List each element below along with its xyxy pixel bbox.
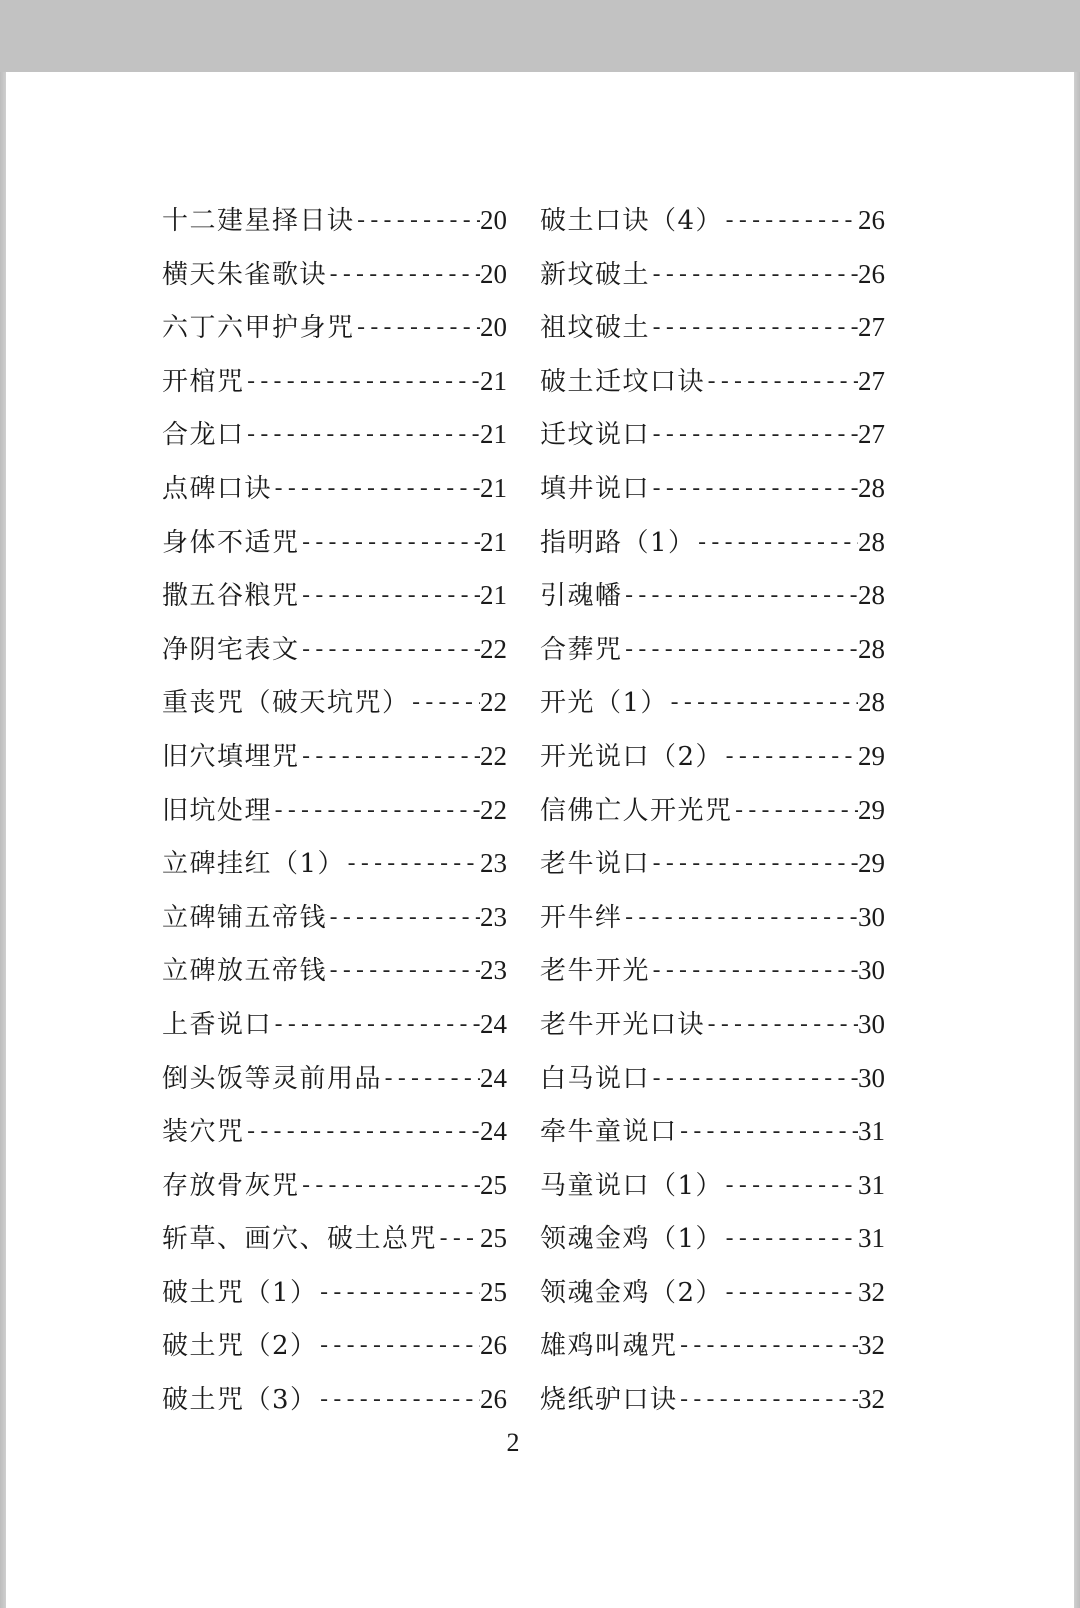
toc-entry[interactable]: 领魂金鸡（2）32 xyxy=(540,1272,885,1326)
toc-entry-page: 20 xyxy=(480,307,507,347)
toc-dash-leader xyxy=(300,738,480,778)
toc-dash-leader xyxy=(668,684,858,724)
toc-entry-title: 装穴咒 xyxy=(162,1112,245,1152)
toc-entry[interactable]: 立碑挂红（1）23 xyxy=(162,843,507,897)
toc-entry-title: 信佛亡人开光咒 xyxy=(540,791,733,831)
toc-entry-title: 破土咒（1） xyxy=(162,1273,318,1313)
toc-entry-title: 开光（1） xyxy=(540,683,668,723)
toc-entry[interactable]: 雄鸡叫魂咒32 xyxy=(540,1325,885,1379)
toc-entry-title: 新坟破土 xyxy=(540,255,650,295)
toc-entry-title: 身体不适咒 xyxy=(162,523,300,563)
toc-dash-leader xyxy=(650,309,858,349)
toc-dash-leader xyxy=(650,952,858,992)
toc-entry[interactable]: 旧坑处理22 xyxy=(162,790,507,844)
toc-entry[interactable]: 迁坟说口27 xyxy=(540,414,885,468)
toc-entry-page: 25 xyxy=(480,1165,507,1205)
toc-entry-title: 引魂幡 xyxy=(540,576,623,616)
toc-dash-leader xyxy=(678,1327,858,1367)
toc-entry[interactable]: 填井说口28 xyxy=(540,468,885,522)
toc-entry-title: 净阴宅表文 xyxy=(162,630,300,670)
toc-entry[interactable]: 净阴宅表文22 xyxy=(162,629,507,683)
toc-entry-title: 开棺咒 xyxy=(162,362,245,402)
toc-entry-title: 马童说口（1） xyxy=(540,1166,723,1206)
toc-dash-leader xyxy=(300,577,480,617)
toc-entry-title: 斩草、画穴、破土总咒 xyxy=(162,1219,437,1259)
toc-dash-leader xyxy=(327,899,480,939)
toc-dash-leader xyxy=(705,1006,858,1046)
toc-entry-title: 白马说口 xyxy=(540,1059,650,1099)
toc-entry-title: 老牛开光 xyxy=(540,951,650,991)
toc-dash-leader xyxy=(382,1060,480,1100)
toc-entry[interactable]: 老牛说口29 xyxy=(540,843,885,897)
toc-entry-title: 旧坑处理 xyxy=(162,791,272,831)
toc-entry[interactable]: 倒头饭等灵前用品24 xyxy=(162,1058,507,1112)
toc-entry-page: 27 xyxy=(858,414,885,454)
toc-entry-title: 撒五谷粮咒 xyxy=(162,576,300,616)
toc-entry-title: 破土咒（2） xyxy=(162,1326,318,1366)
toc-dash-leader xyxy=(723,1220,858,1260)
toc-entry-title: 横天朱雀歌诀 xyxy=(162,255,327,295)
toc-dash-leader xyxy=(705,363,858,403)
toc-entry-page: 23 xyxy=(480,897,507,937)
toc-entry-page: 22 xyxy=(480,682,507,722)
toc-dash-leader xyxy=(245,1113,480,1153)
toc-dash-leader xyxy=(650,845,858,885)
toc-dash-leader xyxy=(410,684,480,724)
toc-entry[interactable]: 点碑口诀21 xyxy=(162,468,507,522)
toc-entry-page: 22 xyxy=(480,736,507,776)
toc-dash-leader xyxy=(272,1006,480,1046)
toc-entry-page: 25 xyxy=(480,1272,507,1312)
toc-entry-title: 领魂金鸡（1） xyxy=(540,1219,723,1259)
toc-entry-page: 31 xyxy=(858,1165,885,1205)
toc-entry[interactable]: 破土迁坟口诀27 xyxy=(540,361,885,415)
toc-entry-title: 破土咒（3） xyxy=(162,1380,318,1420)
toc-dash-leader xyxy=(300,631,480,671)
toc-entry-page: 28 xyxy=(858,682,885,722)
toc-entry[interactable]: 合龙口21 xyxy=(162,414,507,468)
toc-entry-title: 六丁六甲护身咒 xyxy=(162,308,355,348)
toc-entry-title: 烧纸驴口诀 xyxy=(540,1380,678,1420)
toc-entry-title: 重丧咒（破天坑咒） xyxy=(162,683,410,723)
toc-dash-leader xyxy=(623,631,858,671)
toc-entry-page: 31 xyxy=(858,1218,885,1258)
toc-entry-page: 26 xyxy=(858,254,885,294)
toc-entry-title: 指明路（1） xyxy=(540,523,696,563)
toc-dash-leader xyxy=(696,524,858,564)
toc-entry[interactable]: 破土口诀（4）26 xyxy=(540,200,885,254)
toc-entry-page: 23 xyxy=(480,843,507,883)
page-number: 2 xyxy=(0,1428,1080,1458)
toc-entry-page: 26 xyxy=(480,1325,507,1365)
toc-entry-page: 29 xyxy=(858,843,885,883)
toc-entry-title: 领魂金鸡（2） xyxy=(540,1273,723,1313)
toc-entry[interactable]: 开光（1）28 xyxy=(540,682,885,736)
toc-entry-title: 十二建星择日诀 xyxy=(162,201,355,241)
toc-entry-title: 牵牛童说口 xyxy=(540,1112,678,1152)
toc-dash-leader xyxy=(300,524,480,564)
toc-entry-page: 24 xyxy=(480,1058,507,1098)
toc-entry-page: 27 xyxy=(858,361,885,401)
toc-dash-leader xyxy=(678,1381,858,1421)
toc-entry[interactable]: 破土咒（3）26 xyxy=(162,1379,507,1433)
toc-entry-title: 存放骨灰咒 xyxy=(162,1166,300,1206)
toc-entry-page: 20 xyxy=(480,200,507,240)
toc-dash-leader xyxy=(345,845,480,885)
toc-entry[interactable]: 撒五谷粮咒21 xyxy=(162,575,507,629)
toc-entry-title: 立碑挂红（1） xyxy=(162,844,345,884)
toc-entry-page: 30 xyxy=(858,950,885,990)
toc-dash-leader xyxy=(318,1274,480,1314)
toc-entry-page: 24 xyxy=(480,1004,507,1044)
toc-entry-title: 上香说口 xyxy=(162,1005,272,1045)
toc-entry-title: 祖坟破土 xyxy=(540,308,650,348)
toc-entry-page: 21 xyxy=(480,414,507,454)
toc-dash-leader xyxy=(300,1167,480,1207)
toc-entry-title: 迁坟说口 xyxy=(540,415,650,455)
toc-dash-leader xyxy=(623,899,858,939)
toc-dash-leader xyxy=(318,1381,480,1421)
toc-entry-page: 27 xyxy=(858,307,885,347)
toc-entry-title: 旧穴填埋咒 xyxy=(162,737,300,777)
toc-entry[interactable]: 新坟破土26 xyxy=(540,254,885,308)
toc-entry[interactable]: 老牛开光30 xyxy=(540,950,885,1004)
toc-entry[interactable]: 开牛绊30 xyxy=(540,897,885,951)
toc-entry-page: 25 xyxy=(480,1218,507,1258)
toc-dash-leader xyxy=(650,470,858,510)
toc-entry-page: 22 xyxy=(480,790,507,830)
toc-entry-title: 破土口诀（4） xyxy=(540,201,723,241)
toc-dash-leader xyxy=(245,363,480,403)
toc-dash-leader xyxy=(650,416,858,456)
toc-dash-leader xyxy=(272,470,480,510)
toc-entry[interactable]: 存放骨灰咒25 xyxy=(162,1165,507,1219)
toc-entry-page: 32 xyxy=(858,1325,885,1365)
toc-entry-page: 21 xyxy=(480,468,507,508)
toc-left-column: 十二建星择日诀20横天朱雀歌诀20六丁六甲护身咒20开棺咒21合龙口21点碑口诀… xyxy=(162,200,507,1433)
toc-entry[interactable]: 立碑铺五帝钱23 xyxy=(162,897,507,951)
toc-entry-title: 老牛说口 xyxy=(540,844,650,884)
toc-dash-leader xyxy=(355,202,480,242)
toc-entry-page: 24 xyxy=(480,1111,507,1151)
toc-entry-title: 老牛开光口诀 xyxy=(540,1005,705,1045)
toc-entry[interactable]: 指明路（1）28 xyxy=(540,522,885,576)
toc-entry-page: 30 xyxy=(858,897,885,937)
toc-entry[interactable]: 十二建星择日诀20 xyxy=(162,200,507,254)
toc-entry-page: 26 xyxy=(480,1379,507,1419)
toc-dash-leader xyxy=(327,256,480,296)
toc-entry-page: 20 xyxy=(480,254,507,294)
toc-dash-leader xyxy=(723,1274,858,1314)
toc-entry-page: 32 xyxy=(858,1272,885,1312)
toc-dash-leader xyxy=(318,1327,480,1367)
toc-entry-title: 倒头饭等灵前用品 xyxy=(162,1059,382,1099)
toc-dash-leader xyxy=(723,202,858,242)
toc-entry[interactable]: 身体不适咒21 xyxy=(162,522,507,576)
toc-entry-title: 开牛绊 xyxy=(540,898,623,938)
toc-entry-page: 29 xyxy=(858,736,885,776)
toc-dash-leader xyxy=(437,1220,480,1260)
toc-dash-leader xyxy=(272,792,480,832)
toc-entry[interactable]: 老牛开光口诀30 xyxy=(540,1004,885,1058)
toc-entry[interactable]: 信佛亡人开光咒29 xyxy=(540,790,885,844)
toc-entry-title: 填井说口 xyxy=(540,469,650,509)
toc-entry[interactable]: 领魂金鸡（1）31 xyxy=(540,1218,885,1272)
toc-entry[interactable]: 破土咒（1）25 xyxy=(162,1272,507,1326)
page-number-text: 2 xyxy=(507,1428,520,1458)
toc-entry-page: 30 xyxy=(858,1058,885,1098)
toc-entry-page: 29 xyxy=(858,790,885,830)
toc-dash-leader xyxy=(245,416,480,456)
toc-entry[interactable]: 烧纸驴口诀32 xyxy=(540,1379,885,1433)
toc-entry-page: 22 xyxy=(480,629,507,669)
toc-entry[interactable]: 白马说口30 xyxy=(540,1058,885,1112)
toc-entry-page: 28 xyxy=(858,629,885,669)
toc-entry[interactable]: 马童说口（1）31 xyxy=(540,1165,885,1219)
toc-entry[interactable]: 开棺咒21 xyxy=(162,361,507,415)
toc-entry-page: 21 xyxy=(480,361,507,401)
toc-dash-leader xyxy=(355,309,480,349)
toc-entry-title: 立碑铺五帝钱 xyxy=(162,898,327,938)
toc-entry-page: 31 xyxy=(858,1111,885,1151)
toc-dash-leader xyxy=(623,577,858,617)
toc-dash-leader xyxy=(650,1060,858,1100)
toc-entry-page: 30 xyxy=(858,1004,885,1044)
toc-entry-page: 26 xyxy=(858,200,885,240)
toc-entry[interactable]: 装穴咒24 xyxy=(162,1111,507,1165)
toc-entry-page: 28 xyxy=(858,468,885,508)
toc-entry-page: 28 xyxy=(858,575,885,615)
toc-entry[interactable]: 破土咒（2）26 xyxy=(162,1325,507,1379)
page-right-edge xyxy=(1074,72,1080,1608)
toc-entry[interactable]: 立碑放五帝钱23 xyxy=(162,950,507,1004)
toc-entry[interactable]: 重丧咒（破天坑咒）22 xyxy=(162,682,507,736)
toc-dash-leader xyxy=(723,738,858,778)
toc-dash-leader xyxy=(650,256,858,296)
toc-entry[interactable]: 合葬咒28 xyxy=(540,629,885,683)
toc-entry-page: 21 xyxy=(480,522,507,562)
toc-entry[interactable]: 六丁六甲护身咒20 xyxy=(162,307,507,361)
toc-entry-title: 立碑放五帝钱 xyxy=(162,951,327,991)
toc-entry[interactable]: 上香说口24 xyxy=(162,1004,507,1058)
toc-entry[interactable]: 引魂幡28 xyxy=(540,575,885,629)
toc-entry-page: 32 xyxy=(858,1379,885,1419)
toc-entry-title: 破土迁坟口诀 xyxy=(540,362,705,402)
toc-entry-page: 21 xyxy=(480,575,507,615)
toc-dash-leader xyxy=(723,1167,858,1207)
toc-entry[interactable]: 斩草、画穴、破土总咒25 xyxy=(162,1218,507,1272)
toc-entry[interactable]: 祖坟破土27 xyxy=(540,307,885,361)
toc-entry-title: 雄鸡叫魂咒 xyxy=(540,1326,678,1366)
toc-entry-title: 开光说口（2） xyxy=(540,737,723,777)
toc-entry-title: 合葬咒 xyxy=(540,630,623,670)
toc-dash-leader xyxy=(733,792,858,832)
viewer-top-bar xyxy=(0,0,1080,72)
toc-entry-page: 28 xyxy=(858,522,885,562)
toc-entry[interactable]: 横天朱雀歌诀20 xyxy=(162,254,507,308)
toc-entry[interactable]: 开光说口（2）29 xyxy=(540,736,885,790)
toc-dash-leader xyxy=(678,1113,858,1153)
toc-dash-leader xyxy=(327,952,480,992)
toc-entry-page: 23 xyxy=(480,950,507,990)
toc-entry[interactable]: 旧穴填埋咒22 xyxy=(162,736,507,790)
toc-entry-title: 合龙口 xyxy=(162,415,245,455)
toc-right-column: 破土口诀（4）26新坟破土26祖坟破土27破土迁坟口诀27迁坟说口27填井说口2… xyxy=(540,200,885,1433)
toc-entry-title: 点碑口诀 xyxy=(162,469,272,509)
toc-entry[interactable]: 牵牛童说口31 xyxy=(540,1111,885,1165)
